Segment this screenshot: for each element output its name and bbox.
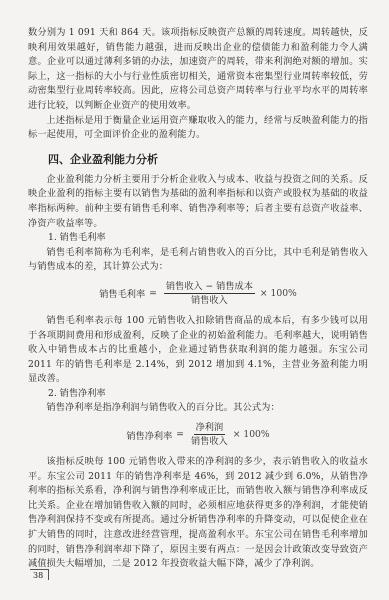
formula-multiplier: × 100% <box>260 288 297 299</box>
section-heading: 四、企业盈利能力分析 <box>48 151 368 167</box>
formula-numerator: 销售收入 − 销售成本 <box>164 281 255 294</box>
document-page: 数分别为 1 091 天和 864 天。该项指标反映资产总额的周转速度。周转越快… <box>28 26 368 572</box>
formula-numerator: 净利润 <box>194 422 226 435</box>
paragraph-summary: 上述指标是用于衡量企业运用资产赚取收入的能力，经常与反映盈利能力的指标一起使用，… <box>28 114 368 143</box>
formula-equals: = <box>176 429 184 440</box>
formula-fraction: 销售收入 − 销售成本 销售收入 <box>164 281 255 306</box>
page-number: 38 <box>30 569 49 580</box>
formula-multiplier: × 100% <box>233 429 270 440</box>
paragraph-net-margin-explanation: 该指标反映每 100 元销售收入带来的净利润的多少，表示销售收入的收益水平。东宝… <box>28 455 368 572</box>
paragraph-asset-turnover: 数分别为 1 091 天和 864 天。该项指标反映资产总额的周转速度。周转越快… <box>28 26 368 114</box>
subheading-net-margin: 2. 销售净利率 <box>48 387 368 402</box>
formula-equals: = <box>149 288 157 299</box>
paragraph-section-intro: 企业盈利能力分析主要用于分析企业收入与成本、收益与投资之间的关系。反映企业盈利的… <box>28 173 368 231</box>
formula-net-margin: 销售净利率 = 净利润 销售收入 × 100% <box>28 422 368 447</box>
formula-lhs: 销售毛利率 <box>99 286 145 300</box>
formula-fraction: 净利润 销售收入 <box>191 422 228 447</box>
paragraph-net-margin-definition: 销售净利率是指净利润与销售收入的百分比。其公式为： <box>28 401 368 416</box>
paragraph-gross-margin-explanation: 销售毛利率表示每 100 元销售收入扣除销售商品的成本后，有多少钱可以用于各项期… <box>28 314 368 387</box>
formula-denominator: 销售收入 <box>191 435 228 447</box>
formula-denominator: 销售收入 <box>191 294 228 306</box>
subheading-gross-margin: 1. 销售毛利率 <box>48 231 368 246</box>
formula-gross-margin: 销售毛利率 = 销售收入 − 销售成本 销售收入 × 100% <box>28 281 368 306</box>
formula-lhs: 销售净利率 <box>126 428 172 442</box>
paragraph-gross-margin-definition: 销售毛利率简称为毛利率，是毛利占销售收入的百分比，其中毛利是销售收入与销售成本的… <box>28 246 368 275</box>
